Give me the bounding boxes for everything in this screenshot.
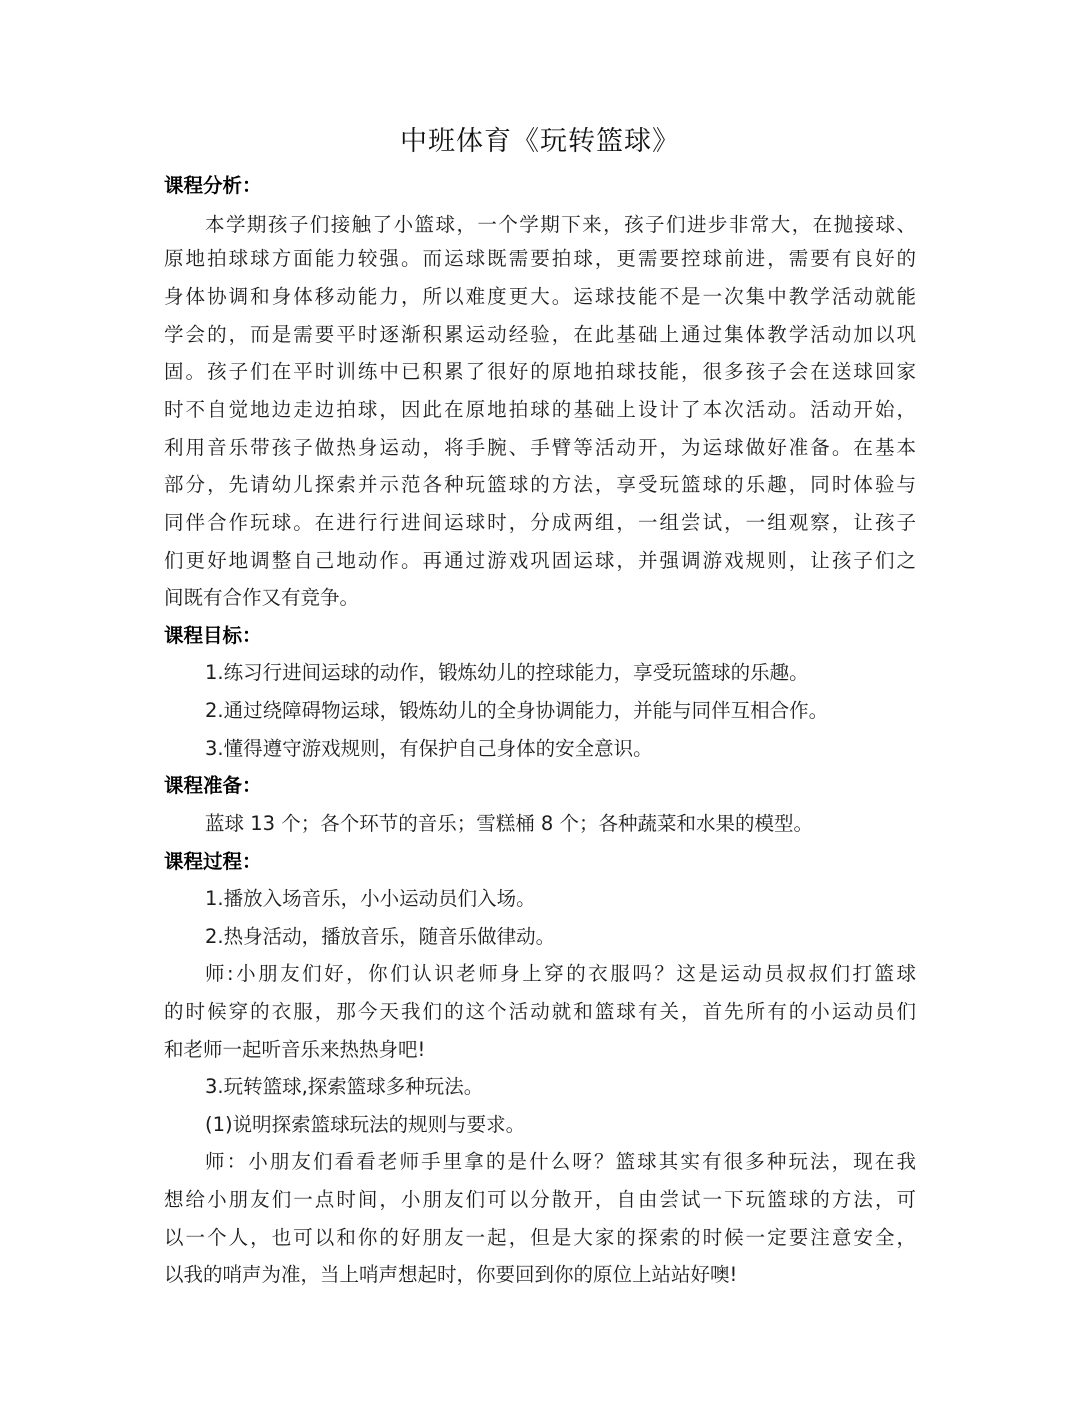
analysis-line: 时不自觉地边走边拍球，因此在原地拍球的基础上设计了本次活动。活动开始， [164,395,916,425]
teacher-dialogue-line: 的时候穿的衣服，那今天我们的这个活动就和篮球有关，首先所有的小运动员们 [164,997,916,1027]
section-heading-process: 课程过程： [164,847,262,877]
teacher-dialogue-line: 师：小朋友们看看老师手里拿的是什么呀？篮球其实有很多种玩法，现在我 [205,1147,916,1177]
analysis-line: 原地拍球球方面能力较强。而运球既需要拍球，更需要控球前进，需要有良好的 [164,244,916,274]
section-heading-goals: 课程目标： [164,621,262,651]
analysis-line: 身体协调和身体移动能力，所以难度更大。运球技能不是一次集中教学活动就能 [164,282,916,312]
preparation-text: 蓝球 13 个；各个环节的音乐；雪糕桶 8 个；各种蔬菜和水果的模型。 [205,809,916,839]
analysis-line: 利用音乐带孩子做热身运动，将手腕、手臂等活动开，为运球做好准备。在基本 [164,433,916,463]
process-step-1: 1.播放入场音乐，小小运动员们入场。 [205,884,916,914]
teacher-dialogue-line: 想给小朋友们一点时间，小朋友们可以分散开，自由尝试一下玩篮球的方法，可 [164,1185,916,1215]
analysis-line: 同伴合作玩球。在进行行进间运球时，分成两组，一组尝试，一组观察，让孩子 [164,508,916,538]
process-step-3: 3.玩转篮球,探索篮球多种玩法。 [205,1072,916,1102]
section-heading-analysis: 课程分析： [164,171,262,201]
analysis-line: 固。孩子们在平时训练中已积累了很好的原地拍球技能，很多孩子会在送球回家 [164,357,916,387]
teacher-dialogue-line: 以我的哨声为准，当上哨声想起时，你要回到你的原位上站站好噢! [164,1260,916,1290]
goal-item: 1.练习行进间运球的动作，锻炼幼儿的控球能力，享受玩篮球的乐趣。 [205,658,916,688]
section-heading-preparation: 课程准备： [164,771,262,801]
analysis-line: 间既有合作又有竞争。 [164,583,916,613]
teacher-dialogue-line: 和老师一起听音乐来热热身吧! [164,1035,916,1065]
teacher-dialogue-line: 以一个人，也可以和你的好朋友一起，但是大家的探索的时候一定要注意安全， [164,1223,916,1253]
process-step-2: 2.热身活动，播放音乐，随音乐做律动。 [205,922,916,952]
process-step-3-sub-1: (1)说明探索篮球玩法的规则与要求。 [205,1110,916,1140]
goal-item: 2.通过绕障碍物运球，锻炼幼儿的全身协调能力，并能与同伴互相合作。 [205,696,916,726]
analysis-line: 学会的，而是需要平时逐渐积累运动经验，在此基础上通过集体教学活动加以巩 [164,320,916,350]
teacher-dialogue-line: 师:小朋友们好，你们认识老师身上穿的衣服吗？这是运动员叔叔们打篮球 [205,959,916,989]
analysis-line: 部分，先请幼儿探索并示范各种玩篮球的方法，享受玩篮球的乐趣，同时体验与 [164,470,916,500]
analysis-line: 本学期孩子们接触了小篮球，一个学期下来，孩子们进步非常大，在抛接球、 [205,210,916,240]
document-page: 中班体育《玩转篮球》 课程分析： 本学期孩子们接触了小篮球，一个学期下来，孩子们… [0,0,1080,1410]
analysis-line: 们更好地调整自己地动作。再通过游戏巩固运球，并强调游戏规则，让孩子们之 [164,546,916,576]
document-title: 中班体育《玩转篮球》 [0,124,1080,160]
goal-item: 3.懂得遵守游戏规则，有保护自己身体的安全意识。 [205,734,916,764]
